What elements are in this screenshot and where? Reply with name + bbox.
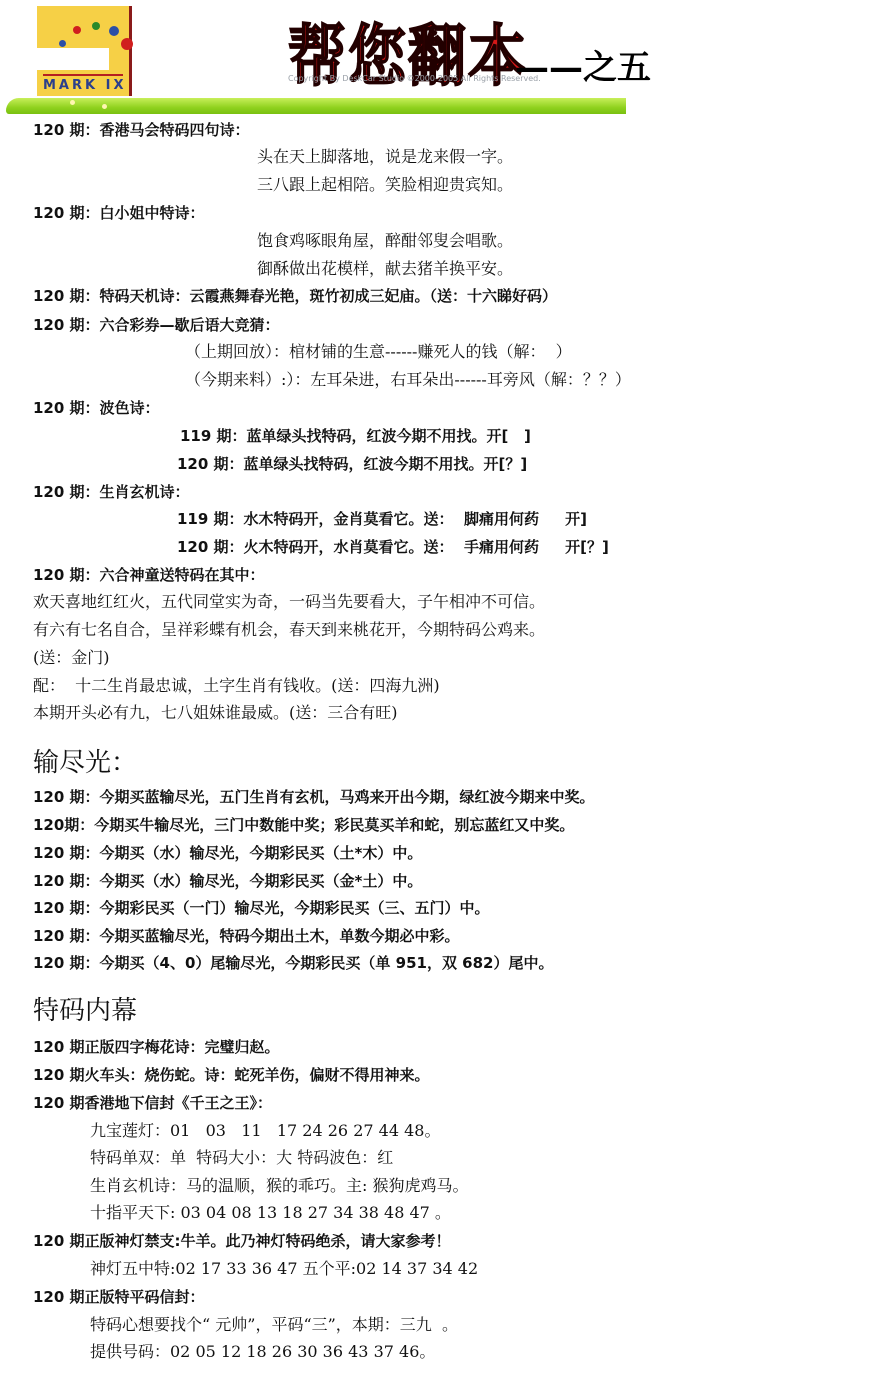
text-line: 特码心想要找个“ 元帅”，平码“三”，本期：三九 。: [90, 1315, 458, 1335]
text-line: 神灯五中特:02 17 33 36 47 五个平:02 14 37 34 42: [90, 1259, 478, 1279]
text-line: 120 期正版四字梅花诗：完璧归赵。: [33, 1037, 280, 1057]
logo-mask: [29, 48, 109, 70]
sparkle-icon: [70, 100, 75, 105]
text-line: 120 期：今期买蓝输尽光，五门生肖有玄机，马鸡来开出今期，绿红波今期来中奖。: [33, 787, 595, 807]
green-banner-bar: [6, 98, 626, 114]
logo-underline: [43, 74, 123, 76]
logo-dot-icon: [73, 26, 81, 34]
text-line: 配： 十二生肖最忠诚，土字生肖有钱收。(送：四海九洲): [33, 676, 440, 696]
text-line: 120 期：白小姐中特诗：: [33, 203, 205, 223]
text-line: 120期：今期买牛输尽光，三门中数能中奖；彩民莫买羊和蛇，别忘蓝红又中奖。: [33, 815, 574, 835]
text-line: 120 期：六合彩券—歇后语大竞猜：: [33, 315, 280, 335]
text-line: 生肖玄机诗：马的温顺，猴的乖巧。主: 猴狗虎鸡马。: [90, 1176, 468, 1196]
text-line: 120 期香港地下信封《千王之王》：: [33, 1093, 272, 1113]
logo-dot-icon: [109, 26, 119, 36]
text-line: 120 期：今期买（水）输尽光，今期彩民买（土*木）中。: [33, 843, 422, 863]
text-line: 120 期：特码天机诗：云霞燕舞春光艳，斑竹初成三妃庙。（送：十六睇好码）: [33, 286, 557, 306]
text-line: 御酥做出花模样，献去猪羊换平安。: [257, 259, 513, 279]
text-line: （上期回放）：棺材铺的生意------赚死人的钱（解： ）: [185, 342, 572, 362]
logo-dot-icon: [92, 22, 100, 30]
text-line: 十指平天下: 03 04 08 13 18 27 34 38 48 47 。: [90, 1203, 451, 1223]
text-line: 三八跟上起相陪。笑脸相迎贵宾知。: [257, 175, 513, 195]
text-line: 欢天喜地红红火，五代同堂实为奇，一码当先要看大，子午相冲不可信。: [33, 592, 545, 612]
section-title-lose: 输尽光：: [33, 742, 137, 779]
text-line: 九宝莲灯：01 03 11 17 24 26 27 44 48。: [90, 1121, 440, 1141]
text-line: 120 期：今期彩民买（一门）输尽光，今期彩民买（三、五门）中。: [33, 898, 490, 918]
text-line: 特码单双：单 特码大小：大 特码波色：红: [90, 1148, 393, 1168]
text-line: 120 期：今期买（水）输尽光，今期彩民买（金*土）中。: [33, 871, 422, 891]
text-line: 头在天上脚落地，说是龙来假一字。: [257, 147, 513, 167]
page-header: MARK IX 帮您翻本 ——之五 Copyright By DeskCar S…: [0, 0, 888, 118]
section-title-inside: 特码内幕: [33, 990, 137, 1027]
text-line: （今期来料）:）：左耳朵进，右耳朵出------耳旁风（解：？？）: [185, 370, 631, 390]
text-line: 120 期：今期买（4、0）尾输尽光，今期彩民买（单 951，双 682）尾中。: [33, 953, 553, 973]
text-line: 120 期：生肖玄机诗：: [33, 482, 190, 502]
text-line: 提供号码：02 05 12 18 26 30 36 43 37 46。: [90, 1342, 435, 1362]
banner-copyright: Copyright By DeskCar Studio ©2000-2005 A…: [288, 74, 541, 83]
sparkle-icon: [102, 104, 107, 109]
logo: MARK IX: [37, 6, 132, 96]
text-line: 120 期正版神灯禁支:牛羊。此乃神灯特码绝杀，请大家参考！: [33, 1231, 451, 1251]
logo-dot-icon: [59, 40, 66, 47]
text-line: 120 期：火木特码开，水肖莫看它。送： 手痛用何药 开[？]: [177, 537, 609, 557]
text-line: 本期开头必有九，七八姐妹谁最威。(送：三合有旺): [33, 703, 398, 723]
text-line: 120 期火车头：烧伤蛇。诗：蛇死羊伤，偏财不得用神来。: [33, 1065, 430, 1085]
text-line: 有六有七名自合，呈祥彩蝶有机会，春天到来桃花开，今期特码公鸡来。: [33, 620, 545, 640]
text-line: 120 期：波色诗：: [33, 398, 160, 418]
text-line: 饱食鸡啄眼角屋，醉酣邻叟会唱歌。: [257, 231, 513, 251]
logo-brand-text: MARK IX: [43, 78, 126, 93]
text-line: 120 期：六合神童送特码在其中：: [33, 565, 265, 585]
text-line: 119 期：蓝单绿头找特码，红波今期不用找。开[ ]: [180, 426, 531, 446]
logo-dot-icon: [121, 38, 133, 50]
text-line: 120 期：蓝单绿头找特码，红波今期不用找。开[？]: [177, 454, 527, 474]
text-line: 120 期正版特平码信封：: [33, 1287, 205, 1307]
text-line: 120 期：今期买蓝输尽光，特码今期出土木，单数今期必中彩。: [33, 926, 460, 946]
text-line: 119 期：水木特码开，金肖莫看它。送： 脚痛用何药 开]: [177, 509, 587, 529]
text-line: 120 期：香港马会特码四句诗：: [33, 120, 250, 140]
banner-title: 帮您翻本: [288, 2, 528, 99]
text-line: (送：金门): [33, 648, 110, 668]
